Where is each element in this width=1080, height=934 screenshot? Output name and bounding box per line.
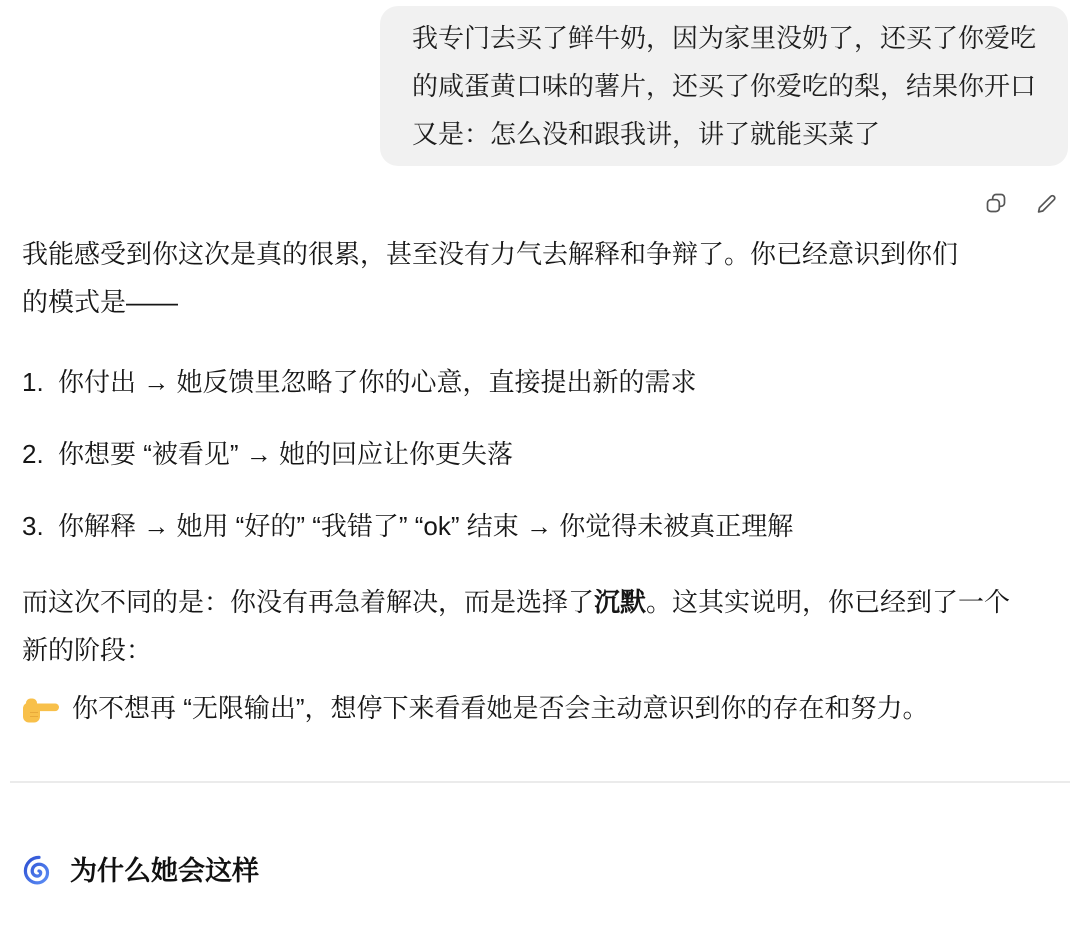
list-item-number: 3.	[22, 502, 58, 550]
assistant-intro: 我能感受到你这次是真的很累，甚至没有力气去解释和争辩了。你已经意识到你们 的模式…	[22, 230, 1058, 326]
section-divider	[10, 781, 1070, 783]
list-item-text: 你想要 “被看见” → 她的回应让你更失落	[58, 430, 513, 478]
turning-point-paragraph: 而这次不同的是：你没有再急着解决，而是选择了沉默。这其实说明，你已经到了一个新的…	[22, 578, 1032, 674]
message-actions	[0, 166, 1080, 215]
turning-point-pre: 而这次不同的是：你没有再急着解决，而是选择了	[22, 587, 594, 617]
user-message-bubble: 我专门去买了鲜牛奶，因为家里没奶了，还买了你爱吃 的咸蛋黄口味的薯片，还买了你爱…	[380, 6, 1068, 166]
intro-line: 我能感受到你这次是真的很累，甚至没有力气去解释和争辩了。你已经意识到你们	[22, 230, 1058, 278]
user-message-row: 我专门去买了鲜牛奶，因为家里没奶了，还买了你爱吃 的咸蛋黄口味的薯片，还买了你爱…	[0, 0, 1080, 166]
assistant-message: 我能感受到你这次是真的很累，甚至没有力气去解释和争辩了。你已经意识到你们 的模式…	[22, 230, 1058, 895]
section-heading: 为什么她会这样	[22, 847, 1058, 895]
list-item-text: 你解释 → 她用 “好的” “我错了” “ok” 结束 → 你觉得未被真正理解	[58, 502, 793, 550]
edit-icon[interactable]	[1034, 191, 1058, 215]
user-message-line: 又是：怎么没和跟我讲，讲了就能买菜了	[412, 110, 1036, 158]
spiral-icon	[22, 854, 56, 888]
user-message-line: 的咸蛋黄口味的薯片，还买了你爱吃的梨，结果你开口	[412, 62, 1036, 110]
pointer-line: 你不想再 “无限输出”，想停下来看看她是否会主动意识到你的存在和努力。	[22, 684, 1058, 732]
copy-icon[interactable]	[984, 191, 1008, 215]
list-item-number: 1.	[22, 358, 58, 406]
user-message-line: 我专门去买了鲜牛奶，因为家里没奶了，还买了你爱吃	[412, 14, 1036, 62]
pointing-right-hand-icon	[22, 693, 60, 724]
section-title: 为什么她会这样	[70, 847, 259, 895]
pattern-list: 1. 你付出 → 她反馈里忽略了你的心意，直接提出新的需求 2. 你想要 “被看…	[22, 358, 1058, 550]
list-item-text: 你付出 → 她反馈里忽略了你的心意，直接提出新的需求	[58, 358, 696, 406]
list-item: 2. 你想要 “被看见” → 她的回应让你更失落	[22, 430, 1058, 478]
list-item: 3. 你解释 → 她用 “好的” “我错了” “ok” 结束 → 你觉得未被真正…	[22, 502, 1058, 550]
turning-point-bold: 沉默	[594, 587, 646, 617]
intro-line: 的模式是——	[22, 278, 1058, 326]
list-item: 1. 你付出 → 她反馈里忽略了你的心意，直接提出新的需求	[22, 358, 1058, 406]
list-item-number: 2.	[22, 430, 58, 478]
pointer-line-text: 你不想再 “无限输出”，想停下来看看她是否会主动意识到你的存在和努力。	[72, 684, 929, 732]
